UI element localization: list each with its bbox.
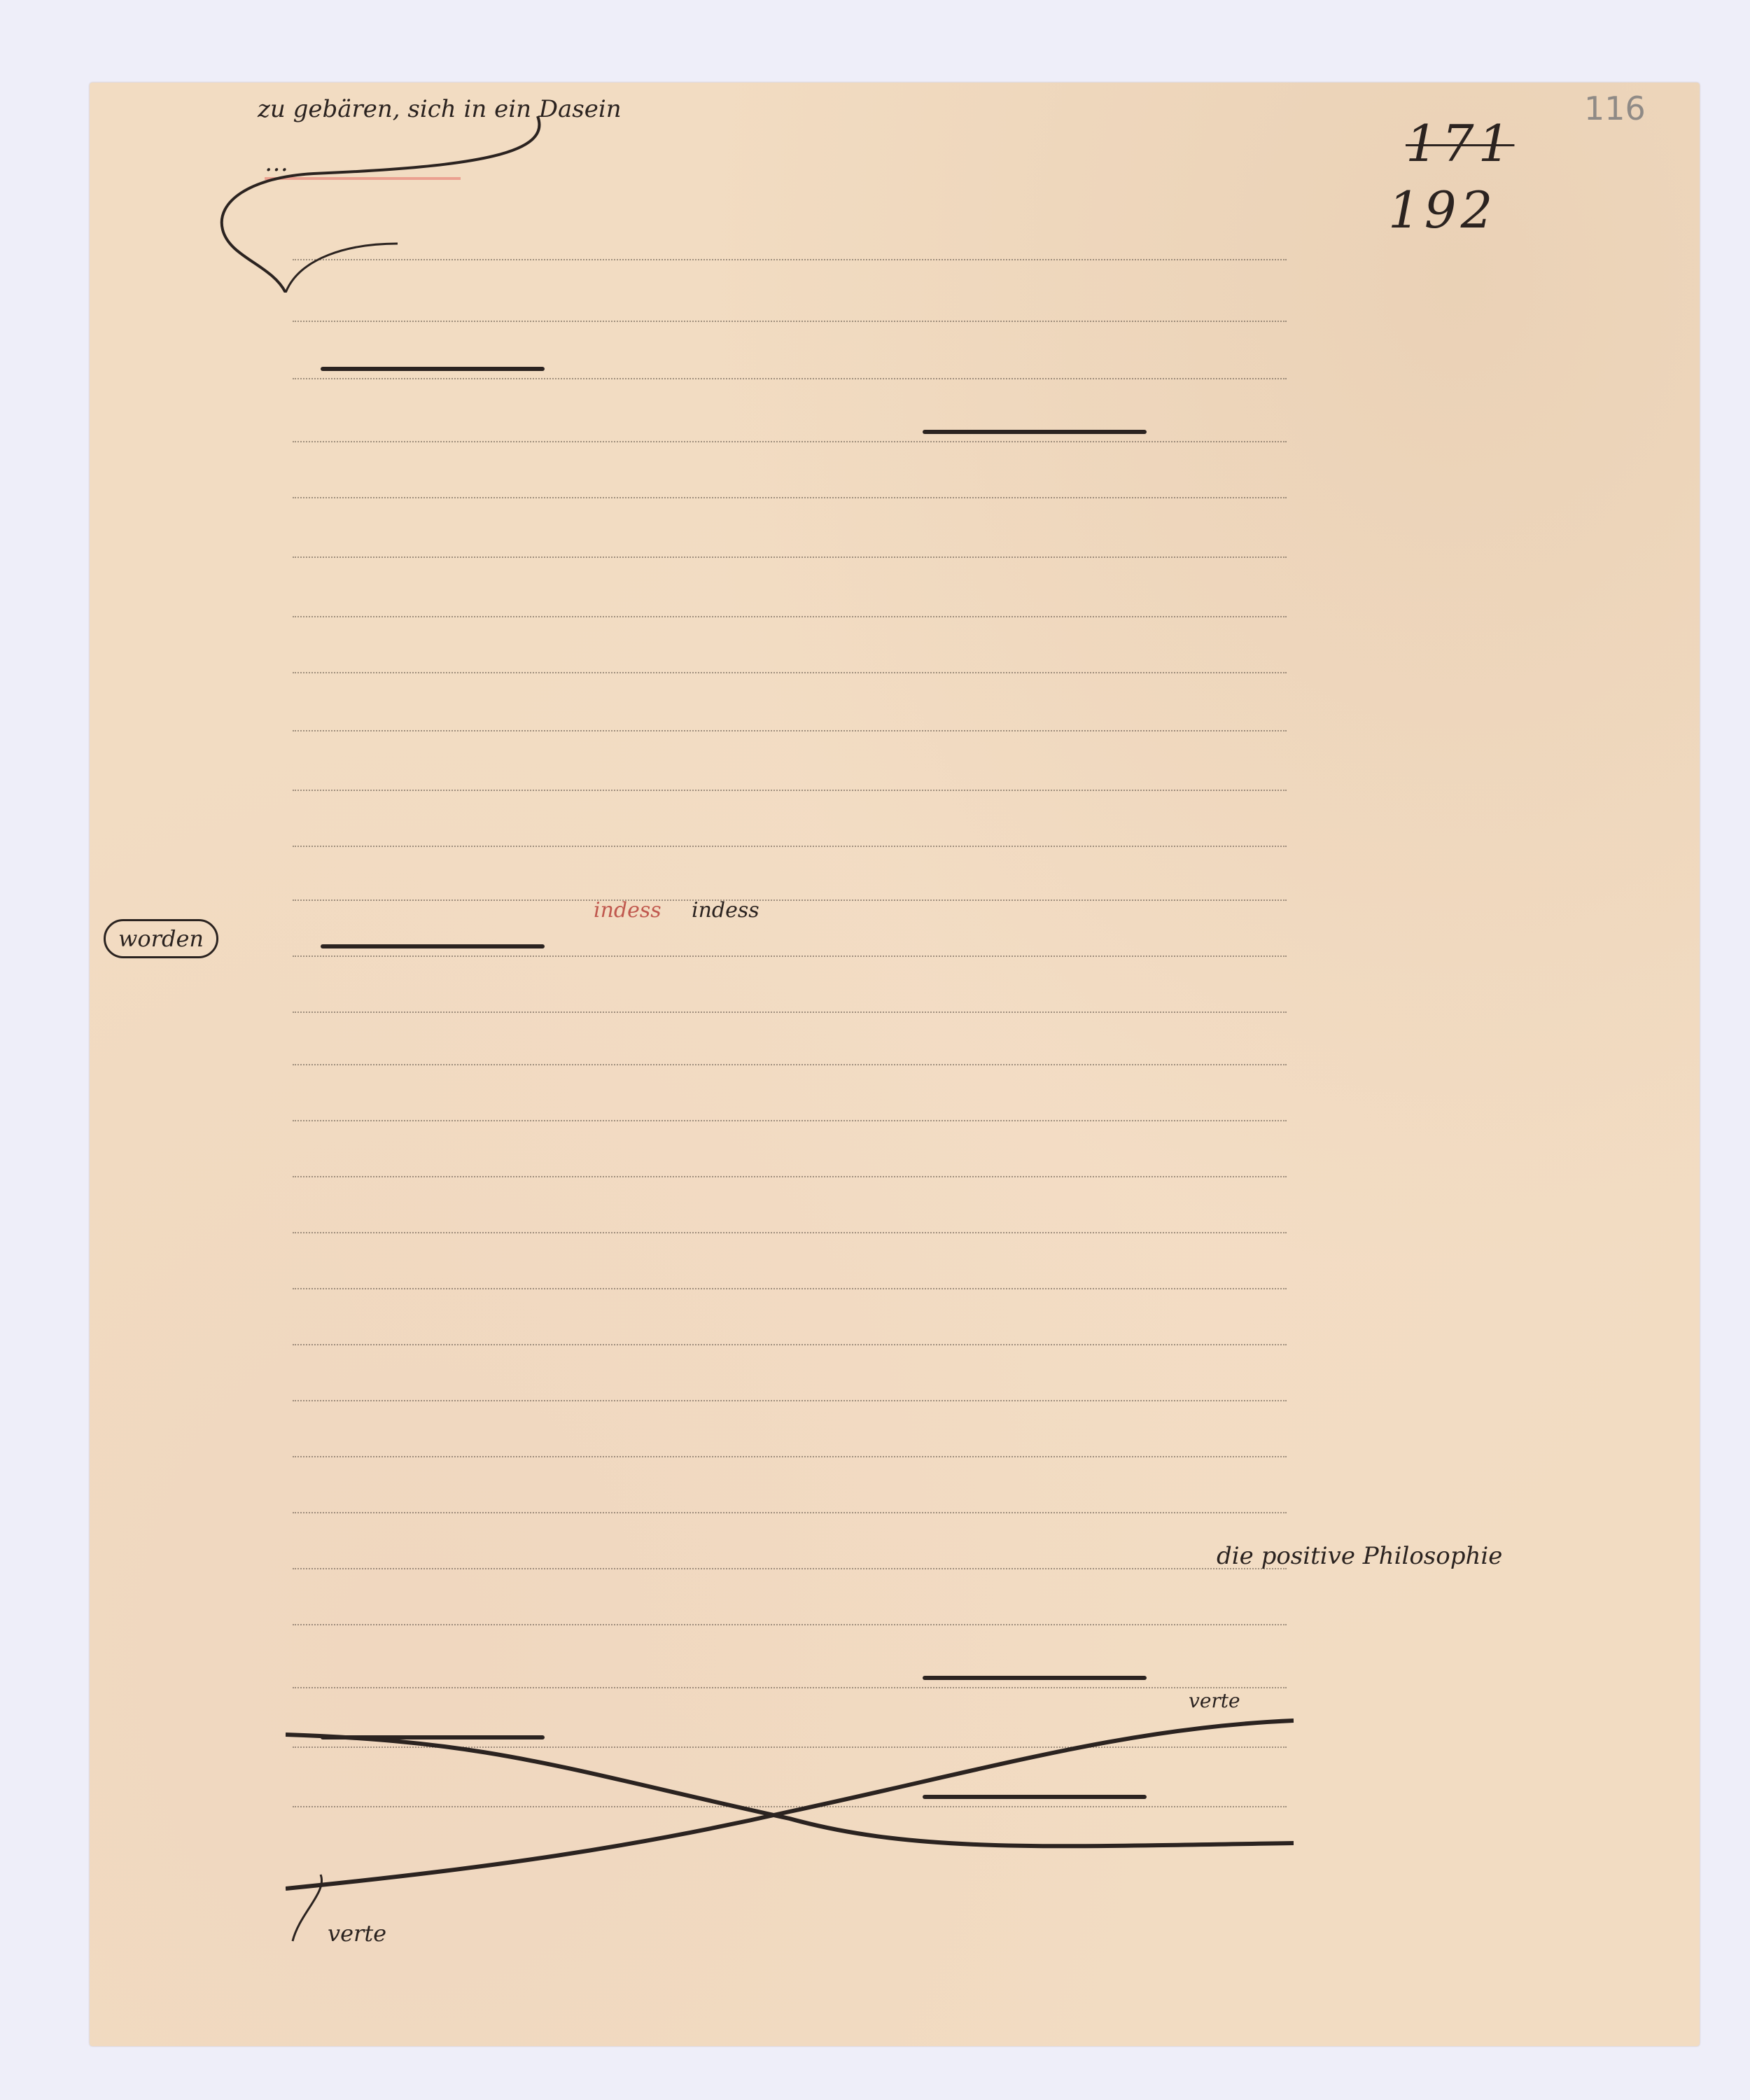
page-number-current: 192 [1388,181,1497,239]
insertion-indess: indess [692,898,759,923]
line-ink [293,1260,1287,1289]
line-ink [293,1540,1287,1569]
handwritten-line [293,1148,1287,1154]
line-ink [293,1659,1287,1688]
handwritten-line [293,1316,1287,1322]
line-ink [293,528,1287,558]
line-ink [293,983,1287,1013]
line-ink [293,1484,1287,1513]
line-ink [293,231,1287,260]
handwritten-line [293,528,1287,534]
handwritten-line [293,702,1287,708]
margin-note-right: die positive Philosophie [1217,1542,1502,1570]
handwritten-line [293,927,1287,933]
strike-through [923,430,1147,434]
line-ink [293,871,1287,901]
handwritten-line [293,1659,1287,1665]
line-ink [293,1372,1287,1401]
line-ink [293,293,1287,322]
handwritten-line [293,871,1287,877]
handwritten-line [293,350,1287,356]
line-ink [293,1036,1287,1065]
handwritten-line [293,818,1287,823]
handwritten-line [293,1596,1287,1602]
line-ink [293,1316,1287,1345]
strike-through [923,1676,1147,1680]
line-ink [293,469,1287,498]
insertion-indess-red: indess [594,898,661,923]
line-ink [293,818,1287,847]
handwritten-line [293,1260,1287,1266]
page-number-struck: 171 [1406,114,1514,173]
verte-bottom: verte [328,1920,386,1947]
line-ink [293,644,1287,673]
handwritten-line [293,588,1287,594]
strike-through [321,944,545,948]
line-ink [293,1092,1287,1121]
line-ink [293,927,1287,957]
handwritten-line [293,1372,1287,1378]
strike-through [321,367,545,371]
margin-note-worden: worden [104,919,218,958]
line-ink [293,1148,1287,1177]
manuscript-sheet: 116 171 192 zu gebären, sich in ein Dase… [90,83,1700,2046]
line-ink [293,1204,1287,1233]
handwritten-line [293,983,1287,989]
handwritten-line [293,1540,1287,1546]
verte-right: verte [1189,1689,1240,1712]
line-ink [293,702,1287,731]
line-ink [293,413,1287,442]
handwritten-line [293,1428,1287,1434]
handwritten-line [293,762,1287,767]
handwritten-line [293,644,1287,650]
line-ink [293,1428,1287,1457]
line-ink [293,588,1287,617]
line-ink [293,1596,1287,1625]
handwritten-line [293,413,1287,419]
handwritten-line [293,231,1287,237]
handwritten-line [293,1204,1287,1210]
handwritten-line [293,469,1287,475]
line-ink [293,350,1287,379]
handwritten-line [293,1036,1287,1042]
insertion-bracket-icon [188,111,552,293]
handwritten-line [293,293,1287,298]
archive-folio-number: 116 [1584,90,1646,127]
handwritten-line [293,1092,1287,1098]
paragraph-cross-out-icon [286,1714,1294,1896]
line-ink [293,762,1287,791]
handwritten-line [293,1484,1287,1490]
